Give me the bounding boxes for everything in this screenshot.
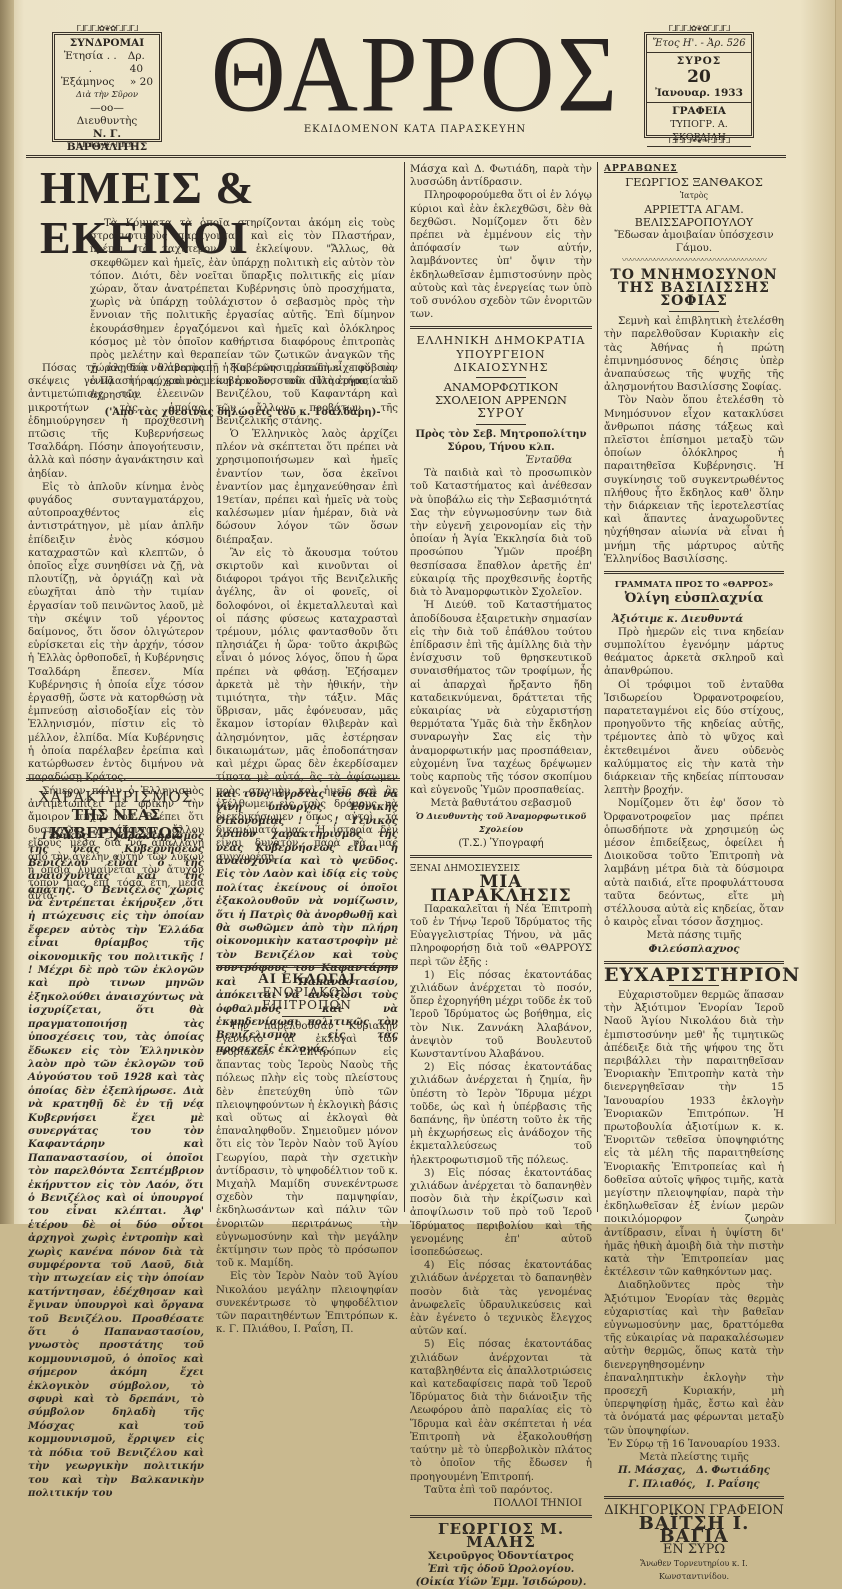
year-issue: Ἔτος Η'. - Ἀρ. 526 — [647, 35, 751, 53]
bride-name: ΑΡΡΙΕΤΤΑ ΑΓΑΜ. ΒΕΛΙΣΣΑΡΟΠΟΥΛΟΥ — [604, 203, 784, 229]
greek-key-ornament: ᒥᒧᒥᒧᒥᒧ❧❦❧ᒥᒧᒥᒧᒥᒧ — [52, 141, 162, 149]
subscription-row: Ἑξάμηνος » 20 — [59, 76, 155, 89]
letter-closing: Μετὰ πάσης τιμῆς — [604, 929, 784, 942]
subscription-heading: ΣΥΝΔΡΟΜΑΙ — [59, 37, 155, 50]
letter-header: ΕΛΛΗΝΙΚΗ ΔΗΜΟΚΡΑΤΙΑ — [410, 334, 592, 347]
masthead-rule — [26, 155, 786, 158]
offices-label: ΓΡΑΦΕΙΑ — [647, 105, 751, 118]
letter-addressee: Σύρου, Τήνου κλπ. — [410, 441, 592, 454]
paragraph: Σεμνὴ καὶ ἐπιβλητικὴ ἐτελέσθη τὴν παρελθ… — [604, 315, 784, 394]
letter-signature: Φιλεύσπλαχνος — [604, 943, 784, 956]
groom-title: Ἰατρὸς — [604, 189, 784, 202]
issue-month-year: Ἰανουαρ. 1933 — [647, 87, 751, 100]
binding-spine — [0, 0, 14, 1224]
issue-box: ᒥᒧᒥᒧᒥᒧ✿❦✿ᒥᒧᒥᒧᒥᒧ Ἔτος Η'. - Ἀρ. 526 ΣΥΡΟΣ… — [644, 32, 754, 138]
section-rule — [604, 571, 784, 574]
greek-key-ornament: ᒥᒧᒥᒧᒥᒧ✿❦✿ᒥᒧᒥᒧᒥᒧ — [52, 25, 162, 33]
right-column: ΑΡΡΑΒΩΝΕΣ ΓΕΩΡΓΙΟΣ ΞΑΝΘΑΚΟΣ Ἰατρὸς ΑΡΡΙΕ… — [604, 163, 784, 1224]
letter-closing: Μετὰ βαθυτάτου σεβασμοῦ — [410, 797, 592, 810]
letter-signer: Ὁ Διευθυντὴς τοῦ Ἀναμορφωτικοῦ Σχολείου — [410, 811, 592, 837]
school-name: ΑΝΑΜΟΡΦΩΤΙΚΟΝ ΣΧΟΛΕΙΟΝ ΑΡΡΕΝΩΝ — [410, 381, 592, 407]
short-rule — [476, 377, 526, 378]
column-divider — [210, 787, 211, 1212]
paragraph: Τὴν παρελθοῦσαν Κυριακὴν ἐγένοντο αἱ ἐκλ… — [216, 1020, 398, 1224]
paragraph: Παρακαλεῖται ἡ Νέα Ἐπιτροπὴ τοῦ ἐν Τήνῳ … — [410, 903, 592, 969]
issue-day: 20 — [647, 68, 751, 87]
issue-date-block: ΣΥΡΟΣ 20 Ἰανουαρ. 1933 — [647, 53, 751, 103]
section-rule — [216, 965, 398, 968]
paragraph: ξια τῶν προσώπων ποὺ τὸν κυβερνοῦν, τοῦ … — [216, 362, 398, 428]
paragraph: 3) Εἰς πόσας ἑκατοντάδας χιλιάδων ἀνέρχε… — [410, 1167, 592, 1224]
section-rule — [410, 855, 592, 858]
characterization-column-1: Γενικὸς χαρακτηρισμὸς τῆς νέας Κυβερνήσε… — [28, 830, 204, 1224]
letter-location: Ἐνταῦθα — [410, 454, 592, 467]
short-rule — [669, 609, 719, 610]
letter-header: ΥΠΟΥΡΓΕΙΟΝ ΔΙΚΑΙΟΣΥΝΗΣ — [410, 348, 592, 374]
groom-name: ΓΕΩΡΓΙΟΣ ΞΑΝΘΑΚΟΣ — [604, 176, 784, 189]
letter-signature: (Τ.Σ.) Ὑπογραφή — [410, 837, 592, 850]
paragraph: Οἱ τρόφιμοι τοῦ ἐνταῦθα Ἰσιδωρείου Ὀρφαν… — [604, 679, 784, 798]
page-edge — [835, 0, 842, 1224]
short-rule — [282, 1016, 332, 1017]
paragraph: 1) Εἰς πόσας ἑκατοντάδας χιλιάδων ἀνέρχε… — [410, 969, 592, 1061]
column-divider — [404, 162, 405, 1212]
subscription-box: ᒥᒧᒥᒧᒥᒧ✿❦✿ᒥᒧᒥᒧᒥᒧ ΣΥΝΔΡΟΜΑΙ Ἐτησία . . . Δ… — [52, 32, 162, 142]
newspaper-title: ΘΑΡΡΟΣ — [190, 17, 640, 133]
letter-headline: Ὀλίγη εὐσπλαχνία — [604, 592, 784, 605]
director-label: Διευθυντὴς — [59, 115, 155, 128]
school-name: ΣΥΡΟΥ — [410, 407, 592, 420]
paragraph: Νομίζομεν ὅτι ἐφ' ὅσον τὸ Ὀρφανοτροφεῖον… — [604, 797, 784, 929]
paragraph: 2) Εἰς πόσας ἑκατοντάδας χιλιάδων ἀνέρχε… — [410, 1061, 592, 1167]
paragraph: Ὁ Ἑλληνικὸς λαὸς ἀρχίζει πλέον νὰ σκέπτε… — [216, 428, 398, 547]
greek-key-ornament: ᒥᒧᒥᒧᒥᒧ❧❦❧ᒥᒧᒥᒧᒥᒧ — [644, 137, 754, 145]
subscription-row: Ἐτησία . . . Δρ. 40 — [59, 50, 155, 76]
paragraph: Εἰς τὸ ἁπλοῦν κίνημα ἑνὸς φυγάδος συνταγ… — [28, 481, 204, 785]
paragraph: Εὐχαριστοῦμεν θερμῶς ἅπασαν τὴν Ἀξιότιμο… — [604, 989, 784, 1224]
short-rule — [669, 311, 719, 312]
headline-line: ΧΑΡΑΚΤΗΡΙΣΜΟΣ — [26, 788, 206, 806]
thanks-headline: ΕΥΧΑΡΙΣΤΗΡΙΟΝ — [604, 969, 784, 982]
newspaper-subtitle: ΕΚΔΙΔΟΜΕΝΟΝ ΚΑΤΑ ΠΑΡΑΣΚΕΥΗΝ — [190, 124, 640, 135]
paragraph: Μάσχα καὶ Δ. Φωτιάδη, παρὰ τὴν λυσσώδη ἀ… — [410, 163, 592, 189]
letter-addressee: Πρὸς τὸν Σεβ. Μητροπολίτην — [410, 428, 592, 441]
letter-salutation: Ἀξιότιμε κ. Διευθυντά — [604, 613, 784, 626]
request-headline: ΜΙΑ ΠΑΡΑΚΛΗΣΙΣ — [410, 876, 592, 902]
paragraph: Πληροφορούμεθα ὅτι οἱ ἐν λόγῳ κύριοι καὶ… — [410, 189, 592, 321]
paragraph: Γενικὸς χαρακτηρισμὸς τῆς νέας Κυβερνήσε… — [28, 830, 204, 1224]
short-rule — [476, 424, 526, 425]
paragraph: Τὰ παιδιὰ καὶ τὸ προσωπικὸν τοῦ Καταστήμ… — [410, 467, 592, 599]
elections-subheadline: ΕΝΟΡΙΑΚΩΝ ΕΠΙΤΡΟΠΩΝ — [216, 986, 398, 1012]
engagement-text: Ἔδωσαν ἀμοιβαίαν ὑπόσχεσιν Γάμου. — [604, 229, 784, 255]
elections-article: ΑΙ ΕΚΛΟΓΑΙ ΕΝΟΡΙΑΚΩΝ ΕΠΙΤΡΟΠΩΝ Τὴν παρελ… — [216, 960, 398, 1224]
newspaper-page: ᒥᒧᒥᒧᒥᒧ✿❦✿ᒥᒧᒥᒧᒥᒧ ΣΥΝΔΡΟΜΑΙ Ἐτησία . . . Δ… — [0, 0, 842, 1224]
section-rule — [26, 778, 400, 781]
subscription-note: Διὰ τὴν Σῦρον — [59, 89, 155, 102]
memorial-headline: ΤΗΣ ΒΑΣΙΛΙΣΣΗΣ ΣΟΦΙΑΣ — [604, 282, 784, 308]
section-rule — [410, 326, 592, 329]
paragraph: Τὸν Ναὸν ὅπου ἐτελέσθη τὸ Μνημόσυνον εἶχ… — [604, 394, 784, 566]
divider-ornament: —οο— — [59, 102, 155, 115]
paragraph: Ἡ Διεύθ. τοῦ Καταστήματος ἀποδίδουσα ἐξα… — [410, 599, 592, 797]
paragraph: Πρὸ ἡμερῶν εἰς τινα κηδείαν συμπολίτου ἐ… — [604, 626, 784, 679]
column-divider — [210, 360, 211, 755]
middle-column: Μάσχα καὶ Δ. Φωτιάδη, παρὰ τὴν λυσσώδη ἀ… — [410, 163, 592, 1224]
paragraph: Πόσας τῇ ἀληθείᾳ θλιβερὰς σκέψεις γεννᾷ … — [28, 362, 204, 481]
column-divider — [597, 162, 598, 1212]
greek-key-ornament: ᒥᒧᒥᒧᒥᒧ✿❦✿ᒥᒧᒥᒧᒥᒧ — [644, 25, 754, 33]
